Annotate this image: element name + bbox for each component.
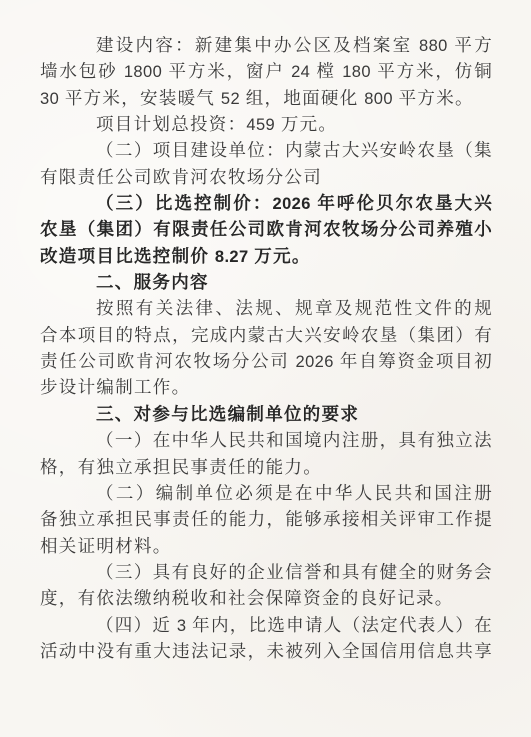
body-line: 建设内容：新建集中办公区及档案室 880 平方米，外 — [40, 32, 493, 58]
numeric-value: 1800 — [124, 63, 162, 81]
body-line: 格，有独立承担民事责任的能力。 — [40, 454, 493, 480]
body-line: 30 平方米，安装暖气 52 组，地面硬化 800 平方米。 — [40, 85, 493, 111]
body-line: 改造项目比选控制价 8.27 万元。 — [40, 243, 493, 269]
numeric-value: 30 — [40, 90, 59, 108]
document-page: 建设内容：新建集中办公区及档案室 880 平方米，外 墙水包砂 1800 平方米… — [0, 0, 531, 737]
body-line: 相关证明材料。 — [40, 533, 493, 559]
body-line: （四）近 3 年内，比选申请人（法定代表人）在经营 — [40, 612, 493, 638]
body-line: 步设计编制工作。 — [40, 374, 493, 400]
body-line: 墙水包砂 1800 平方米，窗户 24 樘 180 平方米，仿铜门 — [40, 58, 493, 84]
body-line: （二）项目建设单位：内蒙古大兴安岭农垦（集团） — [40, 137, 493, 163]
section-heading-bidder-requirements: 三、对参与比选编制单位的要求 — [40, 401, 493, 427]
numeric-value: 180 — [342, 63, 371, 81]
body-line: （三）具有良好的企业信誉和具有健全的财务会计制 — [40, 559, 493, 585]
section-heading-service-content: 二、服务内容 — [40, 269, 493, 295]
body-line: （一）在中华人民共和国境内注册，具有独立法人资 — [40, 427, 493, 453]
numeric-value: 52 — [221, 90, 240, 108]
numeric-value: 2026 — [273, 195, 311, 213]
numeric-value: 2026 — [296, 353, 334, 371]
numeric-value: 880 — [419, 37, 448, 55]
numeric-value: 24 — [291, 63, 310, 81]
body-line: 备独立承担民事责任的能力，能够承接相关评审工作提供 — [40, 506, 493, 532]
body-line: 按照有关法律、法规、规章及规范性文件的规定，结 — [40, 295, 493, 321]
body-line: 合本项目的特点，完成内蒙古大兴安岭农垦（集团）有限 — [40, 322, 493, 348]
body-line: 项目计划总投资：459 万元。 — [40, 111, 493, 137]
numeric-value: 800 — [364, 90, 393, 108]
body-line: 活动中没有重大违法记录，未被列入全国信用信息共享平 — [40, 638, 493, 664]
numeric-value: 3 — [177, 617, 187, 635]
body-line: 度，有依法缴纳税收和社会保障资金的良好记录。 — [40, 585, 493, 611]
numeric-value: 459 — [246, 116, 275, 134]
body-line: （二）编制单位必须是在中华人民共和国注册的、具 — [40, 480, 493, 506]
body-line: 有限责任公司欧肯河农牧场分公司 — [40, 164, 493, 190]
numeric-value: 8.27 — [215, 248, 249, 266]
body-line: 责任公司欧肯河农牧场分公司 2026 年自筹资金项目初 — [40, 348, 493, 374]
body-line: （三）比选控制价：2026 年呼伦贝尔农垦大兴安岭 — [40, 190, 493, 216]
body-line: 农垦（集团）有限责任公司欧肯河农牧场分公司养殖小区 — [40, 216, 493, 242]
